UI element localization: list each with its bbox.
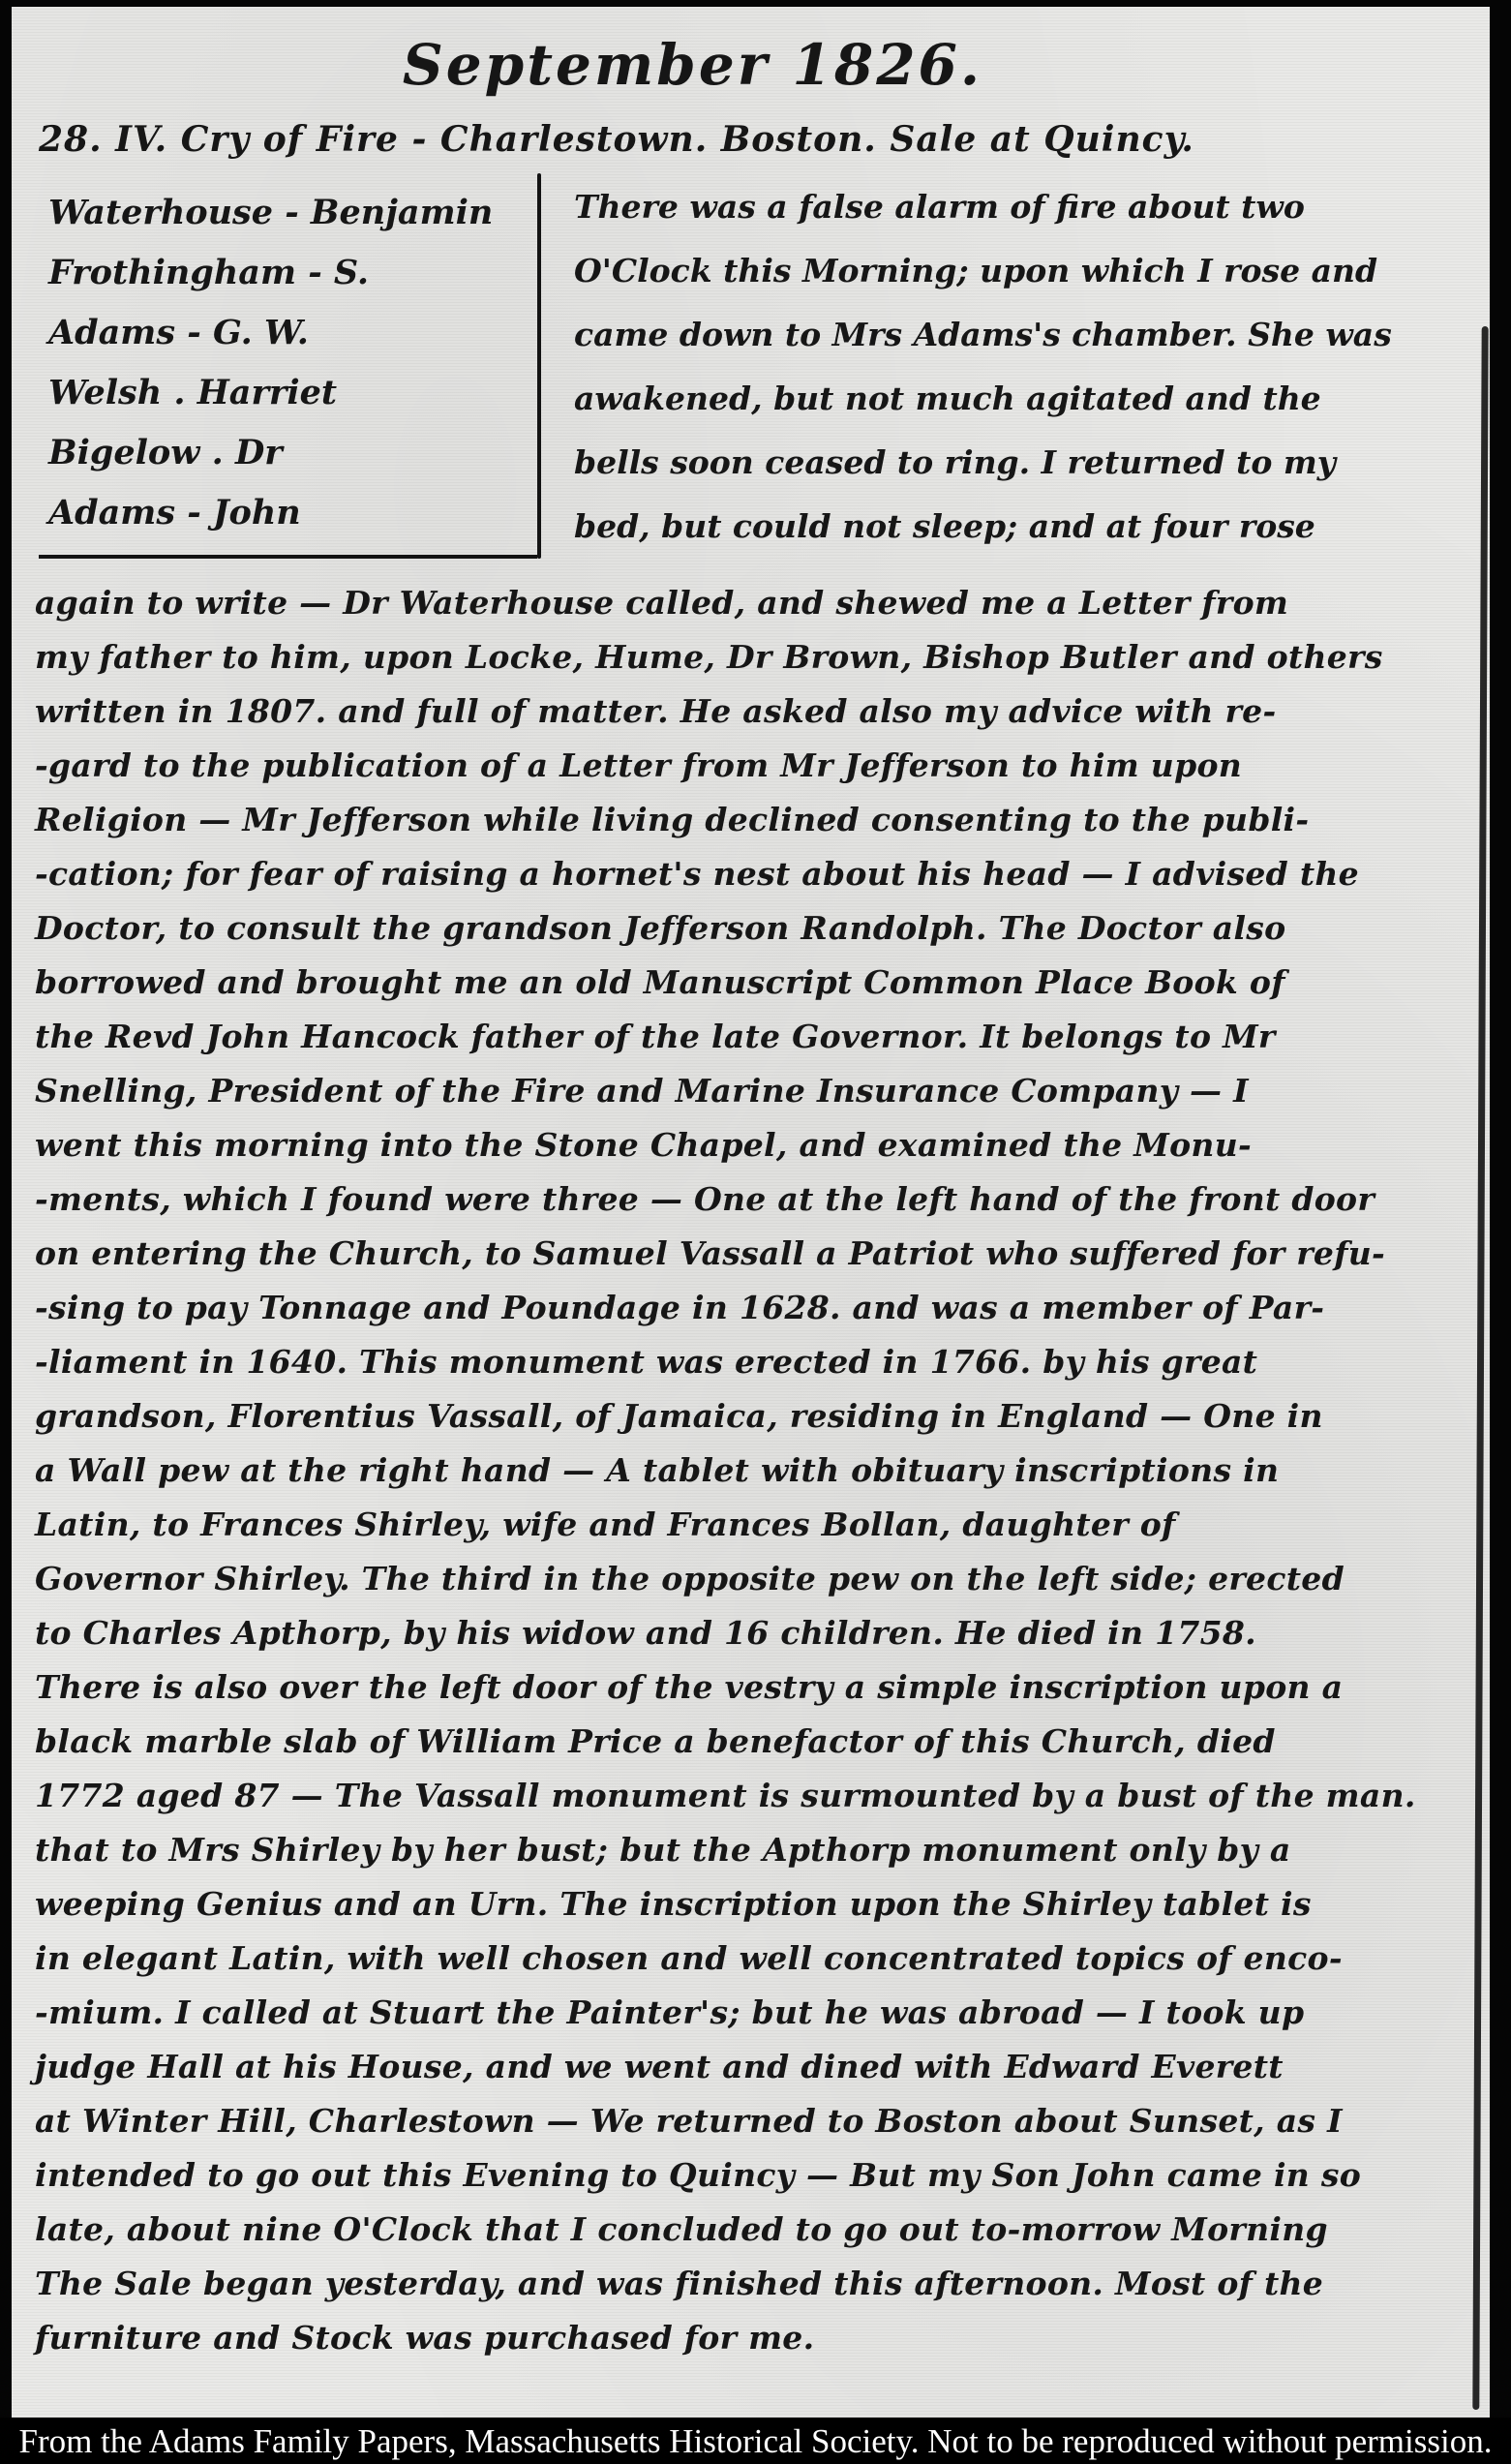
manuscript-line: bells soon ceased to ring. I returned to…	[574, 431, 1475, 495]
manuscript-line: black marble slab of William Price a ben…	[35, 1715, 1480, 1769]
manuscript-line: on entering the Church, to Samuel Vassal…	[35, 1227, 1480, 1281]
manuscript-line: written in 1807. and full of matter. He …	[35, 684, 1480, 739]
manuscript-line: intended to go out this Evening to Quinc…	[35, 2148, 1480, 2203]
intro-paragraph: There was a false alarm of fire about tw…	[541, 169, 1475, 559]
manuscript-line: Snelling, President of the Fire and Mari…	[35, 1064, 1480, 1118]
entry-body: again to write — Dr Waterhouse called, a…	[35, 576, 1480, 2365]
manuscript-line: late, about nine O'Clock that I conclude…	[35, 2203, 1480, 2257]
manuscript-line: grandson, Florentius Vassall, of Jamaica…	[35, 1389, 1480, 1444]
manuscript-line: the Revd John Hancock father of the late…	[35, 1010, 1480, 1064]
manuscript-line: Governor Shirley. The third in the oppos…	[35, 1552, 1480, 1606]
manuscript-line: -cation; for fear of raising a hornet's …	[35, 847, 1480, 901]
manuscript-line: awakened, but not much agitated and the	[574, 367, 1475, 431]
manuscript-scan: September 1826. 28. IV. Cry of Fire - Ch…	[0, 0, 1511, 2464]
manuscript-line: Latin, to Frances Shirley, wife and Fran…	[35, 1498, 1480, 1552]
caption-text: From the Adams Family Papers, Massachuse…	[19, 2422, 1493, 2460]
manuscript-line: borrowed and brought me an old Manuscrip…	[35, 956, 1480, 1010]
manuscript-line: to Charles Apthorp, by his widow and 16 …	[35, 1606, 1480, 1660]
name-entry: Waterhouse - Benjamin	[48, 183, 537, 243]
manuscript-line: O'Clock this Morning; upon which I rose …	[574, 239, 1475, 303]
manuscript-line: weeping Genius and an Urn. The inscripti…	[35, 1877, 1480, 1932]
manuscript-line: -sing to pay Tonnage and Poundage in 162…	[35, 1281, 1480, 1335]
manuscript-line: bed, but could not sleep; and at four ro…	[574, 495, 1475, 559]
manuscript-line: furniture and Stock was purchased for me…	[35, 2311, 1480, 2365]
manuscript-line: a Wall pew at the right hand — A tablet …	[35, 1444, 1480, 1498]
manuscript-line: came down to Mrs Adams's chamber. She wa…	[574, 303, 1475, 367]
manuscript-line: -ments, which I found were three — One a…	[35, 1172, 1480, 1227]
entry-top-block: Waterhouse - BenjaminFrothingham - S.Ada…	[39, 169, 1475, 559]
manuscript-line: The Sale began yesterday, and was finish…	[35, 2257, 1480, 2311]
manuscript-line: 1772 aged 87 — The Vassall monument is s…	[35, 1769, 1480, 1823]
name-entry: Adams - John	[48, 483, 537, 543]
manuscript-line: judge Hall at his House, and we went and…	[35, 2040, 1480, 2094]
name-entry: Frothingham - S.	[48, 243, 537, 303]
caption-bar: From the Adams Family Papers, Massachuse…	[0, 2418, 1511, 2464]
page-title: September 1826.	[12, 32, 1374, 98]
name-entry: Adams - G. W.	[48, 303, 537, 363]
manuscript-line: Doctor, to consult the grandson Jefferso…	[35, 901, 1480, 956]
name-entry: Bigelow . Dr	[48, 423, 537, 483]
manuscript-line: in elegant Latin, with well chosen and w…	[35, 1932, 1480, 1986]
manuscript-line: that to Mrs Shirley by her bust; but the…	[35, 1823, 1480, 1877]
names-list: Waterhouse - BenjaminFrothingham - S.Ada…	[39, 169, 537, 559]
diary-page: September 1826. 28. IV. Cry of Fire - Ch…	[12, 7, 1490, 2418]
manuscript-line: again to write — Dr Waterhouse called, a…	[35, 576, 1480, 630]
manuscript-line: -mium. I called at Stuart the Painter's;…	[35, 1986, 1480, 2040]
manuscript-line: There is also over the left door of the …	[35, 1660, 1480, 1715]
manuscript-line: my father to him, upon Locke, Hume, Dr B…	[35, 630, 1480, 684]
manuscript-line: -gard to the publication of a Letter fro…	[35, 739, 1480, 793]
name-entry: Welsh . Harriet	[48, 363, 537, 423]
manuscript-line: There was a false alarm of fire about tw…	[574, 175, 1475, 239]
manuscript-line: went this morning into the Stone Chapel,…	[35, 1118, 1480, 1172]
entry-heading: 28. IV. Cry of Fire - Charlestown. Bosto…	[39, 119, 1470, 160]
manuscript-line: Religion — Mr Jefferson while living dec…	[35, 793, 1480, 847]
manuscript-line: -liament in 1640. This monument was erec…	[35, 1335, 1480, 1389]
manuscript-line: at Winter Hill, Charlestown — We returne…	[35, 2094, 1480, 2148]
